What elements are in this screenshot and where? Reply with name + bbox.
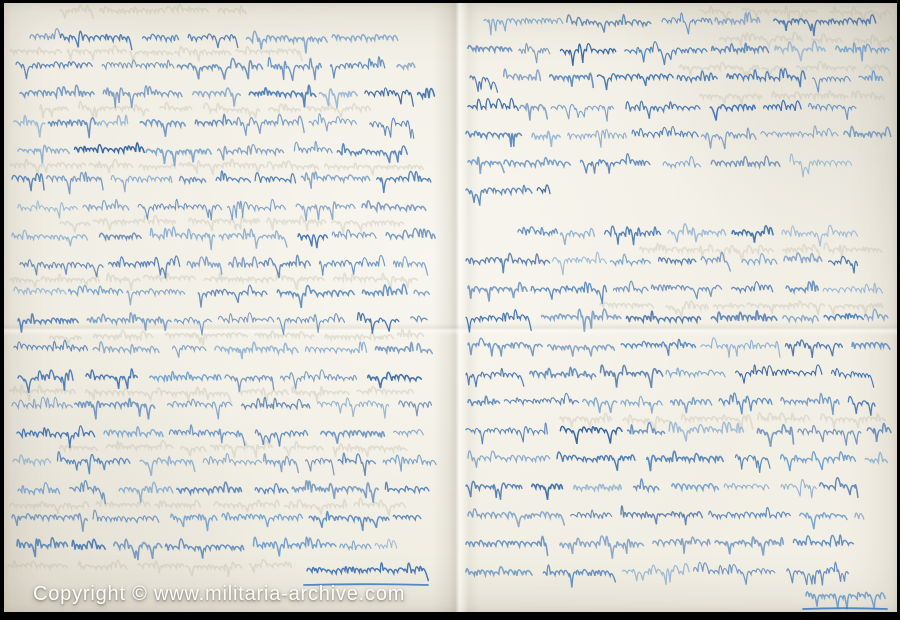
copyright-watermark: Copyright © www.militaria-archive.com: [33, 583, 405, 606]
letter-scan-photo: Copyright © www.militaria-archive.com: [0, 0, 900, 620]
center-fold-crease: [433, 3, 479, 612]
horizontal-fold-crease: [4, 323, 897, 335]
